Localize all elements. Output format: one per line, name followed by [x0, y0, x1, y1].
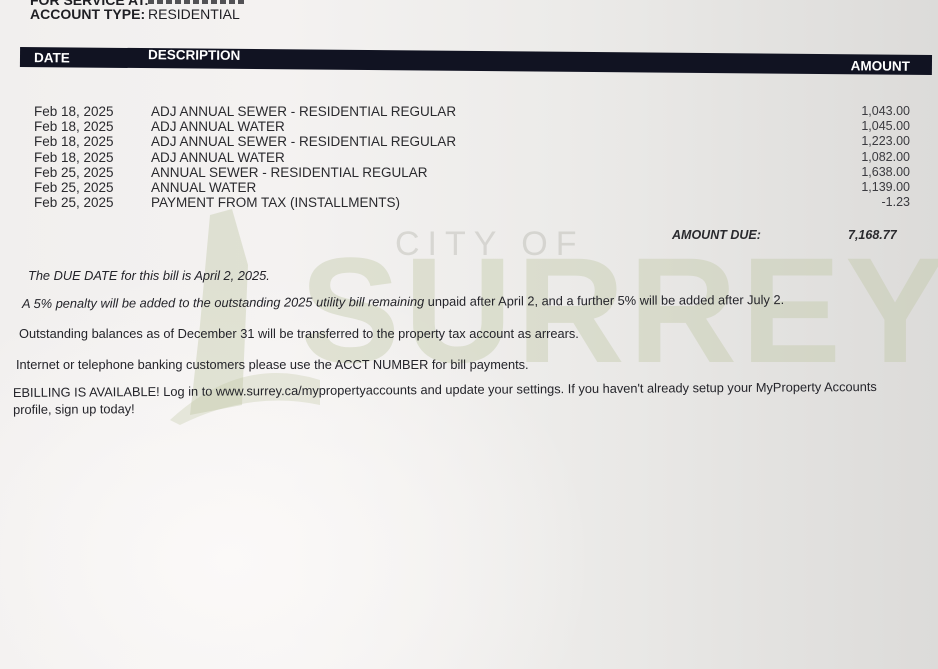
- row-description: ANNUAL WATER: [151, 180, 256, 195]
- amount-due-label: AMOUNT DUE:: [672, 228, 761, 242]
- amount-due-value: 7,168.77: [848, 228, 897, 242]
- row-amount: 1,139.00: [861, 180, 910, 195]
- penalty-note-rest: unpaid after April 2, and a further 5% w…: [424, 292, 784, 309]
- due-date-note: The DUE DATE for this bill is April 2, 2…: [28, 268, 270, 283]
- row-date: Feb 18, 2025: [34, 150, 114, 165]
- utility-bill-page: CITY OF SURREY FOR SERVICE AT: ACCOUNT T…: [0, 0, 938, 669]
- row-amount: 1,223.00: [861, 134, 910, 149]
- row-date: Feb 18, 2025: [34, 119, 114, 134]
- row-description: ADJ ANNUAL SEWER - RESIDENTIAL REGULAR: [151, 104, 456, 119]
- row-amount: 1,638.00: [861, 165, 910, 180]
- row-date: Feb 25, 2025: [34, 165, 114, 180]
- row-amount: 1,045.00: [861, 119, 910, 134]
- penalty-note-italic: A 5% penalty will be added to the outsta…: [22, 294, 424, 311]
- row-description: ANNUAL SEWER - RESIDENTIAL REGULAR: [151, 165, 428, 180]
- account-type-label: ACCOUNT TYPE:: [30, 6, 145, 22]
- column-header-description: DESCRIPTION: [148, 47, 240, 63]
- row-date: Feb 18, 2025: [34, 134, 114, 149]
- table-row: Feb 25, 2025 PAYMENT FROM TAX (INSTALLME…: [34, 195, 914, 210]
- table-row: Feb 25, 2025 ANNUAL SEWER - RESIDENTIAL …: [34, 165, 914, 180]
- banking-note: Internet or telephone banking customers …: [16, 357, 529, 372]
- table-header-bar: DATE DESCRIPTION AMOUNT: [20, 47, 932, 75]
- table-row: Feb 18, 2025 ADJ ANNUAL SEWER - RESIDENT…: [34, 104, 914, 119]
- table-row: Feb 18, 2025 ADJ ANNUAL WATER 1,082.00: [34, 150, 914, 165]
- row-date: Feb 25, 2025: [34, 180, 114, 195]
- charges-table: Feb 18, 2025 ADJ ANNUAL SEWER - RESIDENT…: [34, 104, 914, 210]
- row-description: ADJ ANNUAL WATER: [151, 119, 285, 134]
- table-row: Feb 25, 2025 ANNUAL WATER 1,139.00: [34, 180, 914, 195]
- row-amount: 1,043.00: [861, 104, 910, 119]
- arrears-note: Outstanding balances as of December 31 w…: [19, 326, 579, 341]
- account-type: ACCOUNT TYPE: RESIDENTIAL: [30, 6, 145, 22]
- row-description: ADJ ANNUAL SEWER - RESIDENTIAL REGULAR: [151, 134, 456, 149]
- penalty-note: A 5% penalty will be added to the outsta…: [22, 292, 784, 311]
- table-row: Feb 18, 2025 ADJ ANNUAL SEWER - RESIDENT…: [34, 134, 914, 149]
- row-amount: 1,082.00: [861, 150, 910, 165]
- row-date: Feb 18, 2025: [34, 104, 114, 119]
- account-type-value: RESIDENTIAL: [148, 6, 240, 22]
- row-description: PAYMENT FROM TAX (INSTALLMENTS): [151, 195, 400, 210]
- table-row: Feb 18, 2025 ADJ ANNUAL WATER 1,045.00: [34, 119, 914, 134]
- row-date: Feb 25, 2025: [34, 195, 114, 210]
- row-amount: -1.23: [882, 195, 911, 210]
- column-header-date: DATE: [34, 50, 70, 65]
- ebilling-note: EBILLING IS AVAILABLE! Log in to www.sur…: [13, 378, 913, 418]
- row-description: ADJ ANNUAL WATER: [151, 150, 285, 165]
- column-header-amount: AMOUNT: [851, 58, 910, 74]
- watermark-city-of: CITY OF: [395, 225, 585, 264]
